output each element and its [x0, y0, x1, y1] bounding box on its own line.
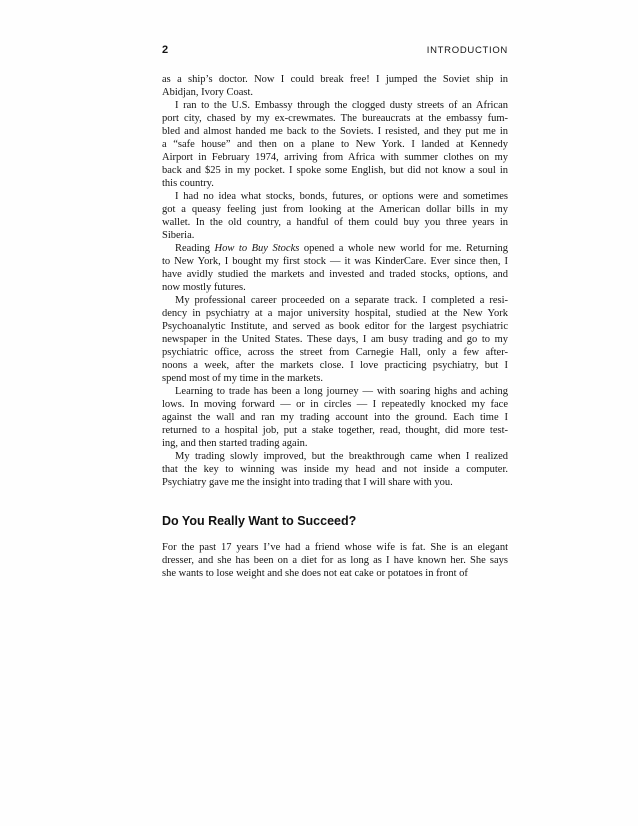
text-line: ing, and then started trading again.: [162, 437, 508, 450]
text-line: Learning to trade has been a long journe…: [162, 385, 508, 398]
text-line: returned to a hospital job, put a stake …: [162, 424, 508, 437]
text-line: port city, chased by my ex-crewmates. Th…: [162, 112, 508, 125]
text-line: I ran to the U.S. Embassy through the cl…: [162, 99, 508, 112]
text-line: now mostly futures.: [162, 281, 508, 294]
text-line: bled and almost handed me back to the So…: [162, 125, 508, 138]
paragraph: Learning to trade has been a long journe…: [162, 385, 508, 450]
running-head: 2 INTRODUCTION: [162, 44, 508, 57]
text-line: she wants to lose weight and she does no…: [162, 567, 508, 580]
paragraph: My trading slowly improved, but the brea…: [162, 450, 508, 489]
page-number: 2: [162, 44, 168, 57]
text-line: noons a week, after the markets close. I…: [162, 359, 508, 372]
text-line: Psychoanalytic Institute, and served as …: [162, 320, 508, 333]
text-line: as a ship’s doctor. Now I could break fr…: [162, 73, 508, 86]
text-line: For the past 17 years I’ve had a friend …: [162, 541, 508, 554]
paragraph: as a ship’s doctor. Now I could break fr…: [162, 73, 508, 99]
text-line: Siberia.: [162, 229, 508, 242]
text-line: wallet. In the old country, a handful of…: [162, 216, 508, 229]
text-line: to New York, I bought my first stock — i…: [162, 255, 508, 268]
paragraph: For the past 17 years I’ve had a friend …: [162, 541, 508, 580]
text-line: a “safe house” and then on a plane to Ne…: [162, 138, 508, 151]
section-heading: Do You Really Want to Succeed?: [162, 515, 508, 528]
text-line: newspaper in the United States. These da…: [162, 333, 508, 346]
text-line: Psychiatry gave me the insight into trad…: [162, 476, 508, 489]
text-line: that the key to winning was inside my he…: [162, 463, 508, 476]
text-line: spend most of my time in the markets.: [162, 372, 508, 385]
text-line: My trading slowly improved, but the brea…: [162, 450, 508, 463]
text-line: have avidly studied the markets and inve…: [162, 268, 508, 281]
text-line: Abidjan, Ivory Coast.: [162, 86, 508, 99]
text-line: psychiatric office, across the street fr…: [162, 346, 508, 359]
text-line: Reading How to Buy Stocks opened a whole…: [162, 242, 508, 255]
paragraph: Reading How to Buy Stocks opened a whole…: [162, 242, 508, 294]
text-line: I had no idea what stocks, bonds, future…: [162, 190, 508, 203]
book-page: 2 INTRODUCTION as a ship’s doctor. Now I…: [0, 0, 638, 826]
text-line: lows. In moving forward — or in circles …: [162, 398, 508, 411]
text-line: dency in psychiatry at a major universit…: [162, 307, 508, 320]
text-body: as a ship’s doctor. Now I could break fr…: [162, 73, 508, 580]
text-line: My professional career proceeded on a se…: [162, 294, 508, 307]
text-line: back and $25 in my pocket. I spoke some …: [162, 164, 508, 177]
paragraph: My professional career proceeded on a se…: [162, 294, 508, 385]
text-line: got a queasy feeling just from looking a…: [162, 203, 508, 216]
text-line: dresser, and she has been on a diet for …: [162, 554, 508, 567]
paragraph: I ran to the U.S. Embassy through the cl…: [162, 99, 508, 190]
paragraph: I had no idea what stocks, bonds, future…: [162, 190, 508, 242]
text-column: 2 INTRODUCTION as a ship’s doctor. Now I…: [162, 44, 508, 580]
text-line: this country.: [162, 177, 508, 190]
text-line: Airport in February 1974, arriving from …: [162, 151, 508, 164]
running-head-title: INTRODUCTION: [427, 44, 508, 57]
text-line: against the wall and ran my trading acco…: [162, 411, 508, 424]
